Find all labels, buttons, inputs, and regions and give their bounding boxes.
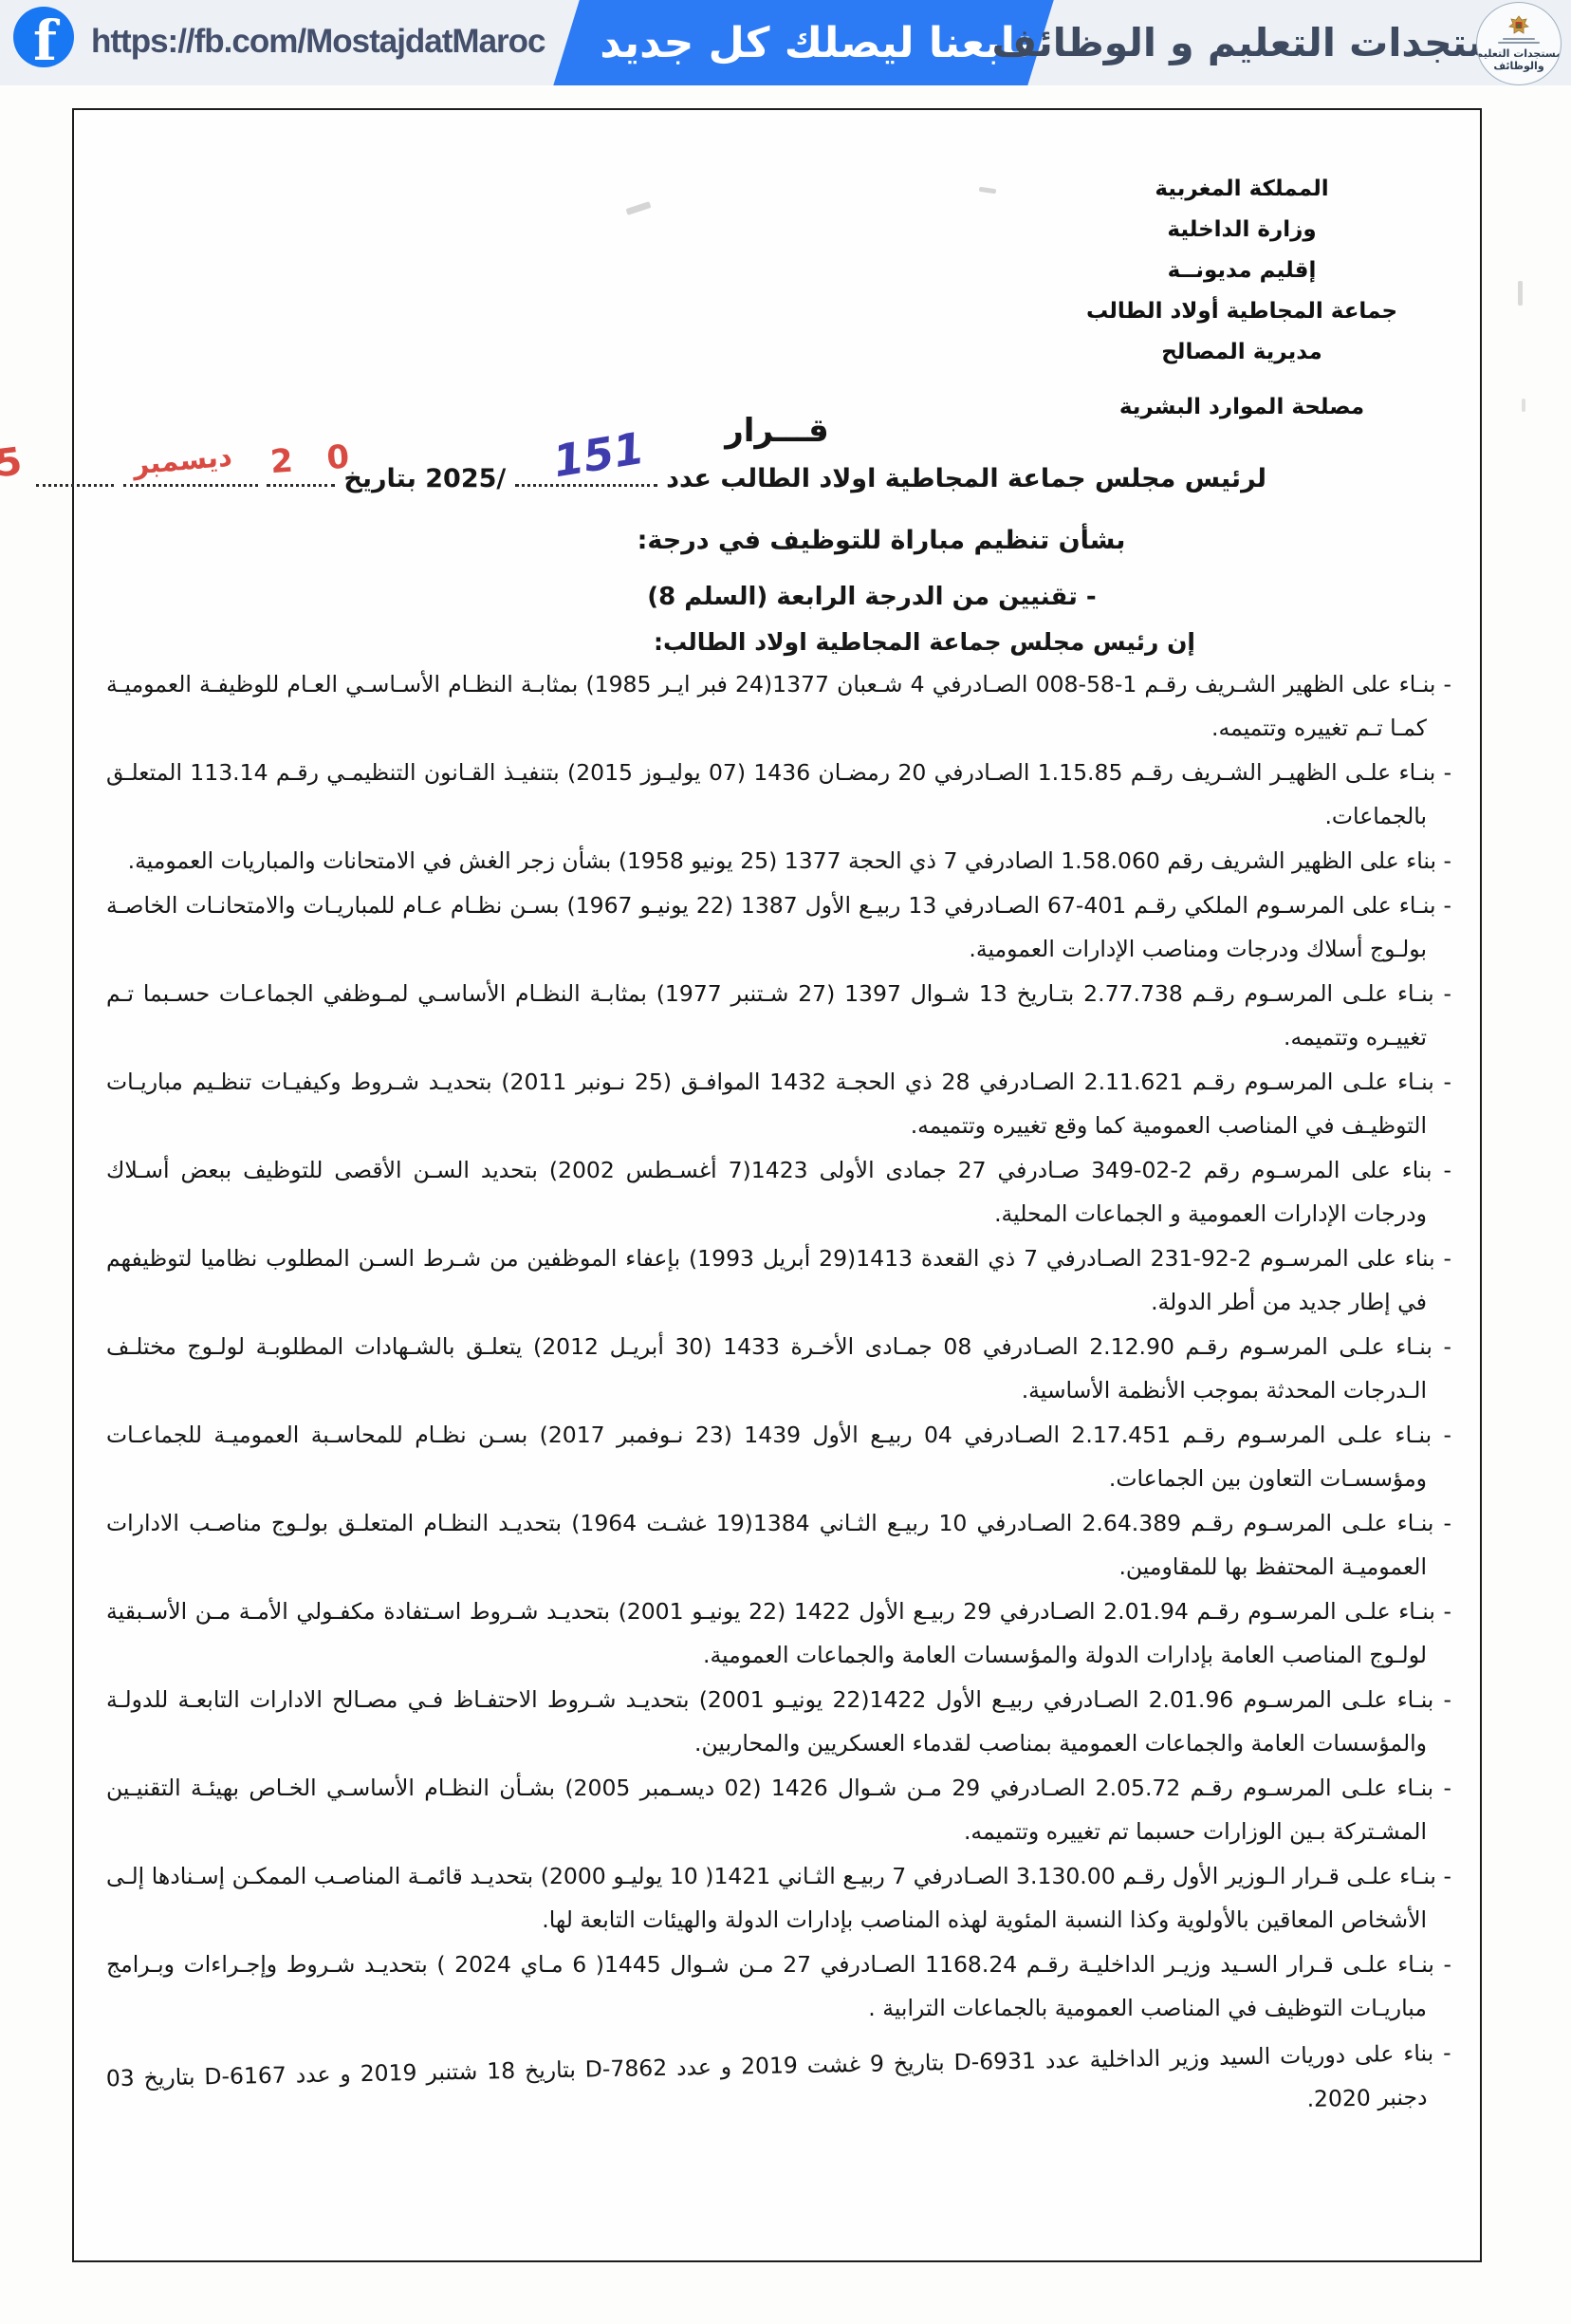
letterhead-ministry: وزارة الداخلية — [1038, 210, 1446, 251]
decision-subject-line: لرئيس مجلس جماعة المجاطية اولاد الطالب ع… — [74, 457, 1480, 493]
site-title: مستجدات التعليم و الوظائف — [1058, 0, 1466, 85]
screenshot-root: { "header": { "facebook_url": "https://f… — [0, 0, 1571, 2324]
clause-7: - بناء على المرسـوم رقم 2-02-349 صـادرفي… — [106, 1148, 1451, 1236]
logo-title-line1: مستجدات التعليم — [1476, 47, 1562, 60]
scan-artifact — [1522, 399, 1525, 412]
decision-subtitle-grade: - تقنيين من الدرجة الرابعة (السلم 8) — [74, 583, 1480, 611]
logo-title-line2: والوظائف — [1493, 60, 1543, 72]
scanned-document-page: المملكة المغربية وزارة الداخلية إقليم مد… — [72, 108, 1482, 2262]
letterhead-commune: جماعة المجاطية أولاد الطالب — [1038, 291, 1446, 332]
legal-clauses: - بنـاء على الظهير الشـريف رقـم 1-58-008… — [106, 662, 1451, 2119]
decision-subtitle-purpose: بشأن تنظيم مباراة للتوظيف في درجة: — [74, 526, 1480, 555]
facebook-icon[interactable]: f — [13, 7, 74, 67]
clause-4: - بنـاء على المرسـوم الملكي رقـم 401-67 … — [106, 883, 1451, 971]
clause-11: - بنـاء علـى المرسـوم رقـم 2.64.389 الصـ… — [106, 1501, 1451, 1589]
site-logo: مستجدات التعليم والوظائف — [1476, 2, 1562, 85]
facebook-url-link[interactable]: https://fb.com/MostajdatMaroc — [91, 0, 545, 84]
clause-1: - بنـاء على الظهير الشـريف رقـم 1-58-008… — [106, 662, 1451, 750]
decision-intro-line: إن رئيس مجلس جماعة المجاطية اولاد الطالب… — [74, 628, 1480, 656]
top-banner: f https://fb.com/MostajdatMaroc تابعنا ل… — [0, 0, 1571, 85]
clause-6: - بنـاء علـى المرسـوم رقـم 2.11.621 الصـ… — [106, 1060, 1451, 1147]
clause-15: - بنـاء علـى قـرار الـوزير الأول رقـم 3.… — [106, 1854, 1451, 1942]
handwritten-date-year: 2025 — [0, 439, 25, 495]
coat-of-arms-icon — [1506, 15, 1531, 38]
clause-2: - بنـاء علـى الظهيـر الشـريف رقـم 1.15.8… — [106, 751, 1451, 838]
clause-17: - بناء على دوريات السيد وزير الداخلية عد… — [105, 2031, 1452, 2144]
letterhead-province: إقليم مديونــة — [1038, 251, 1446, 291]
clause-12: - بنـاء علـى المرسـوم رقـم 2.01.94 الصـا… — [106, 1590, 1451, 1677]
handwritten-date-day: 0 2 — [269, 437, 362, 482]
clause-3: - بناء على الظهير الشريف رقم 1.58.060 ال… — [106, 839, 1451, 883]
clause-14: - بنـاء علـى المرسـوم رقـم 2.05.72 الصـا… — [106, 1766, 1451, 1853]
letterhead: المملكة المغربية وزارة الداخلية إقليم مد… — [1038, 169, 1446, 428]
subject-year-printed: /2025 — [425, 464, 506, 493]
clause-8: - بناء على المرسـوم 2-92-231 الصـادرفي 7… — [106, 1236, 1451, 1324]
date-month-blank: ديسمبر — [123, 457, 258, 487]
date-tail-blank: 2025 — [36, 457, 114, 487]
subject-prefix: لرئيس مجلس جماعة المجاطية اولاد الطالب ع… — [666, 464, 1266, 493]
clause-16: - بنـاء علـى قـرار السـيد وزيـر الداخليـ… — [106, 1943, 1451, 2030]
date-day-blank: 0 2 — [267, 457, 335, 487]
clause-9: - بنـاء علـى المرسـوم رقـم 2.12.90 الصـا… — [106, 1325, 1451, 1412]
clause-10: - بنـاء علـى المرسـوم رقـم 2.17.451 الصـ… — [106, 1413, 1451, 1500]
follow-us-label: تابعنا ليصلك كل جديد — [593, 0, 1039, 85]
scan-artifact — [1518, 281, 1523, 306]
letterhead-kingdom: المملكة المغربية — [1038, 169, 1446, 210]
clause-5: - بنـاء علـى المرسـوم رقـم 2.77.738 بتـا… — [106, 972, 1451, 1059]
logo-small-text-lines — [1497, 38, 1541, 47]
clause-13: - بنـاء علـى المرسـوم 2.01.96 الصـادرفي … — [106, 1678, 1451, 1765]
decision-number-blank: 151 — [515, 457, 657, 487]
letterhead-directorate: مديرية المصالح — [1038, 332, 1446, 373]
